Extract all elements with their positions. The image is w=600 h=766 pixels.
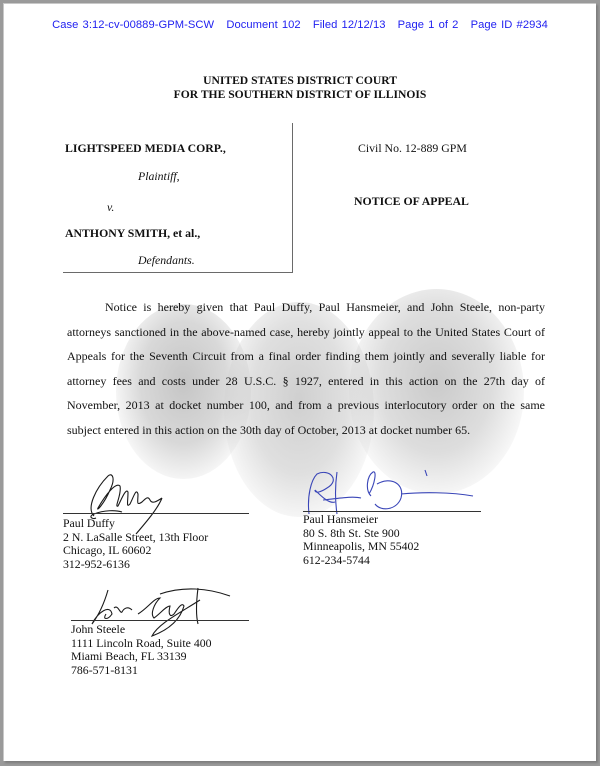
hansmeier-address-block: Paul Hansmeier 80 S. 8th St. Ste 900 Min… bbox=[303, 513, 419, 568]
duffy-address-block: Paul Duffy 2 N. LaSalle Street, 13th Flo… bbox=[63, 517, 208, 572]
hansmeier-name: Paul Hansmeier bbox=[303, 513, 419, 527]
hansmeier-address-1: 80 S. 8th St. Ste 900 bbox=[303, 527, 419, 541]
civil-number: Civil No. 12-889 GPM bbox=[358, 141, 467, 156]
court-line-1: UNITED STATES DISTRICT COURT bbox=[4, 74, 596, 88]
notice-body: Notice is hereby given that Paul Duffy, … bbox=[67, 295, 545, 443]
court-heading: UNITED STATES DISTRICT COURT FOR THE SOU… bbox=[4, 74, 596, 102]
steele-phone: 786-571-8131 bbox=[71, 664, 212, 678]
versus-label: v. bbox=[107, 200, 114, 215]
document-number: Document 102 bbox=[226, 19, 300, 31]
document-title: NOTICE OF APPEAL bbox=[354, 194, 469, 209]
plaintiff-role: Plaintiff, bbox=[138, 169, 180, 184]
steele-address-block: John Steele 1111 Lincoln Road, Suite 400… bbox=[71, 623, 212, 678]
steele-signature-line bbox=[71, 620, 249, 621]
steele-address-2: Miami Beach, FL 33139 bbox=[71, 650, 212, 664]
hansmeier-address-2: Minneapolis, MN 55402 bbox=[303, 540, 419, 554]
duffy-address-2: Chicago, IL 60602 bbox=[63, 544, 208, 558]
page-count: Page 1 of 2 bbox=[398, 19, 459, 31]
page-id: Page ID #2934 bbox=[471, 19, 548, 31]
steele-name: John Steele bbox=[71, 623, 212, 637]
notice-paragraph: Notice is hereby given that Paul Duffy, … bbox=[67, 295, 545, 443]
defendant-role: Defendants. bbox=[138, 253, 195, 268]
hansmeier-phone: 612-234-5744 bbox=[303, 554, 419, 568]
steele-address-1: 1111 Lincoln Road, Suite 400 bbox=[71, 637, 212, 651]
duffy-address-1: 2 N. LaSalle Street, 13th Floor bbox=[63, 531, 208, 545]
filed-date: Filed 12/12/13 bbox=[313, 19, 386, 31]
ecf-header-stamp: Case 3:12-cv-00889-GPM-SCW Document 102 … bbox=[4, 19, 596, 31]
duffy-signature-line bbox=[63, 513, 249, 514]
plaintiff-name: LIGHTSPEED MEDIA CORP., bbox=[65, 141, 226, 156]
case-number: Case 3:12-cv-00889-GPM-SCW bbox=[52, 19, 214, 31]
court-line-2: FOR THE SOUTHERN DISTRICT OF ILLINOIS bbox=[4, 88, 596, 102]
defendant-name: ANTHONY SMITH, et al., bbox=[65, 226, 200, 241]
duffy-phone: 312-952-6136 bbox=[63, 558, 208, 572]
duffy-name: Paul Duffy bbox=[63, 517, 208, 531]
document-page: Case 3:12-cv-00889-GPM-SCW Document 102 … bbox=[3, 3, 596, 761]
